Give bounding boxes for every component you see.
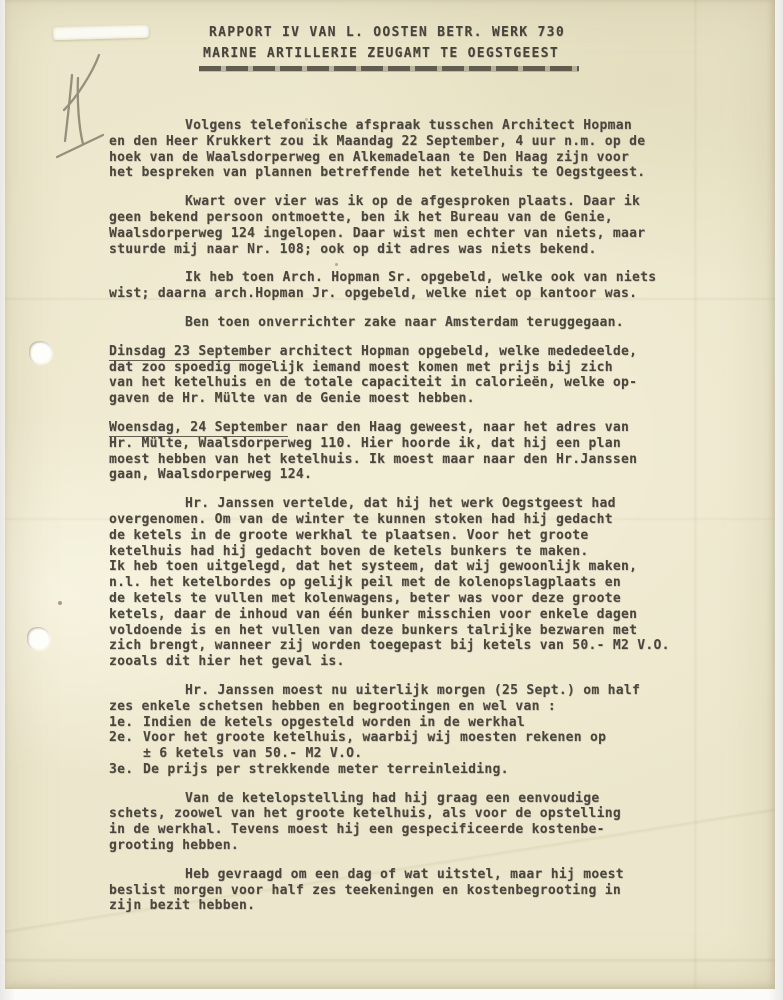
- paragraph-tuesday-23-september: Dinsdag 23 September architect Hopman op…: [109, 344, 687, 407]
- list-item-text: Indien de ketels opgesteld worden in de …: [143, 715, 687, 731]
- list-item-label: 2e.: [109, 730, 143, 762]
- punch-hole-bottom: [27, 627, 50, 650]
- date-underlined-dinsdag-23-september: Dinsdag 23 September: [109, 344, 272, 361]
- paragraph-extension-request: Heb gevraagd om een dag of wat uitstel, …: [109, 867, 687, 914]
- list-item-text: Voor het groote ketelhuis, waarbij wij m…: [143, 730, 687, 762]
- list-item-text: De prijs per strekkende meter terreinlei…: [143, 762, 687, 778]
- requirements-section: Hr. Janssen moest nu uiterlijk morgen (2…: [109, 683, 687, 778]
- paper-speck: [58, 601, 62, 605]
- report-body: Volgens telefonische afspraak tusschen A…: [109, 118, 687, 927]
- document-page: RAPPORT IV VAN L. OOSTEN BETR. WERK 730 …: [5, 0, 775, 989]
- date-underlined-woensdag-24-september: Woensdag, 24 September: [109, 420, 288, 437]
- pencil-IV-strokes: [49, 48, 111, 163]
- title-underline-rule: [199, 66, 579, 71]
- handwritten-numeral-IV: [49, 48, 111, 167]
- report-header: RAPPORT IV VAN L. OOSTEN BETR. WERK 730 …: [203, 22, 579, 71]
- report-title-line1: RAPPORT IV VAN L. OOSTEN BETR. WERK 730: [203, 22, 579, 43]
- paragraph-sketch-request: Van de ketelopstelling had hij graag een…: [109, 791, 687, 854]
- punch-hole-top: [29, 341, 52, 364]
- list-item-3: 3e. De prijs per strekkende meter terrei…: [109, 762, 687, 778]
- list-item-label: 1e.: [109, 715, 143, 731]
- paragraph-janssen-explanation: Hr. Janssen vertelde, dat hij het werk O…: [109, 496, 687, 670]
- paragraph-deadline-intro: Hr. Janssen moest nu uiterlijk morgen (2…: [109, 683, 687, 715]
- list-item-1: 1e. Indien de ketels opgesteld worden in…: [109, 715, 687, 731]
- paragraph-return-amsterdam: Ben toen onverrichter zake naar Amsterda…: [109, 315, 687, 331]
- paragraph-appointment: Volgens telefonische afspraak tusschen A…: [109, 118, 687, 181]
- list-item-label: 3e.: [109, 762, 143, 778]
- paragraph-wednesday-24-september: Woensdag, 24 September naar den Haag gew…: [109, 420, 687, 483]
- staple-mark: [53, 25, 149, 41]
- paragraph-arrival: Kwart over vier was ik op de afgesproken…: [109, 194, 687, 257]
- scan-background: RAPPORT IV VAN L. OOSTEN BETR. WERK 730 …: [0, 0, 783, 1000]
- list-item-2: 2e. Voor het groote ketelhuis, waarbij w…: [109, 730, 687, 762]
- report-title-line2: MARINE ARTILLERIE ZEUGAMT TE OEGSTGEEST: [203, 43, 579, 64]
- paragraph-phonecalls: Ik heb toen Arch. Hopman Sr. opgebeld, w…: [109, 270, 687, 302]
